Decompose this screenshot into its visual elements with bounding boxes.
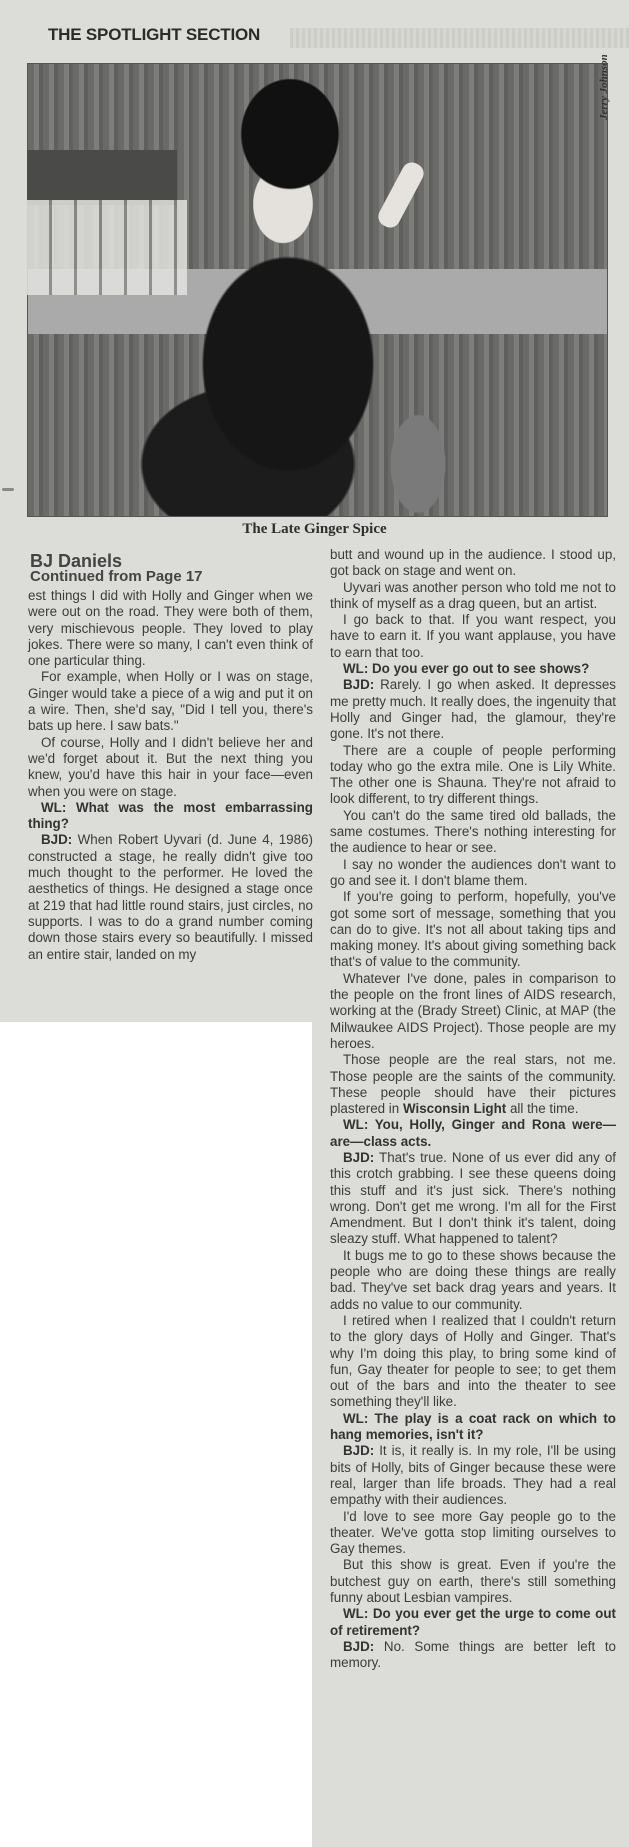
interview-answer: BJD: That's true. None of us ever did an… xyxy=(330,1150,616,1248)
speaker-label: BJD: xyxy=(343,677,374,692)
interview-answer: BJD: When Robert Uyvari (d. June 4, 1986… xyxy=(28,832,313,962)
article-paragraph: For example, when Holly or I was on stag… xyxy=(28,669,313,734)
article-paragraph: It bugs me to go to these shows because … xyxy=(330,1248,616,1313)
interview-answer: BJD: No. Some things are better left to … xyxy=(330,1639,616,1672)
print-smudge xyxy=(2,488,14,491)
interview-answer: BJD: Rarely. I go when asked. It depress… xyxy=(330,677,616,742)
article-paragraph: Of course, Holly and I didn't believe he… xyxy=(28,735,313,800)
photo-jukebox-detail xyxy=(27,150,177,205)
publication-name: Wisconsin Light xyxy=(403,1101,506,1116)
photo-caption: The Late Ginger Spice xyxy=(0,521,629,538)
interview-question: WL: You, Holly, Ginger and Rona were—are… xyxy=(330,1117,616,1150)
article-paragraph: You can't do the same tired old ballads,… xyxy=(330,808,616,857)
photo-jukebox-panel xyxy=(27,200,187,295)
speaker-label: BJD: xyxy=(343,1443,374,1458)
article-paragraph: I go back to that. If you want respect, … xyxy=(330,612,616,661)
photo-credit: Jerry Johnson xyxy=(598,54,610,120)
article-paragraph: Uyvari was another person who told me no… xyxy=(330,580,616,613)
article-column-left: est things I did with Holly and Ginger w… xyxy=(28,588,313,963)
byline: BJ Daniels Continued from Page 17 xyxy=(30,553,203,585)
interview-question: WL: The play is a coat rack on which to … xyxy=(330,1411,616,1444)
section-title: THE SPOTLIGHT SECTION xyxy=(48,25,260,45)
article-paragraph: If you're going to perform, hopefully, y… xyxy=(330,889,616,970)
article-paragraph: I retired when I realized that I couldn'… xyxy=(330,1313,616,1411)
article-paragraph: Whatever I've done, pales in comparison … xyxy=(330,971,616,1052)
speaker-label: BJD: xyxy=(343,1150,374,1165)
article-paragraph: Those people are the real stars, not me.… xyxy=(330,1052,616,1117)
article-paragraph: I'd love to see more Gay people go to th… xyxy=(330,1509,616,1558)
article-column-right: butt and wound up in the audience. I sto… xyxy=(330,547,616,1671)
section-header-rule xyxy=(290,28,629,48)
article-paragraph: est things I did with Holly and Ginger w… xyxy=(28,588,313,669)
interview-question: WL: What was the most embarrassing thing… xyxy=(28,800,313,833)
article-paragraph: There are a couple of people performing … xyxy=(330,743,616,808)
article-paragraph: butt and wound up in the audience. I sto… xyxy=(330,547,616,580)
continued-from: Continued from Page 17 xyxy=(30,569,203,585)
speaker-label: BJD: xyxy=(343,1639,374,1654)
interview-question: WL: Do you ever get the urge to come out… xyxy=(330,1606,616,1639)
byline-name: BJ Daniels xyxy=(30,553,203,569)
speaker-label: BJD: xyxy=(41,832,72,847)
article-paragraph: I say no wonder the audiences don't want… xyxy=(330,857,616,890)
interview-question: WL: Do you ever go out to see shows? xyxy=(330,661,616,677)
interview-answer: BJD: It is, it really is. In my role, I'… xyxy=(330,1443,616,1508)
article-paragraph: But this show is great. Even if you're t… xyxy=(330,1557,616,1606)
